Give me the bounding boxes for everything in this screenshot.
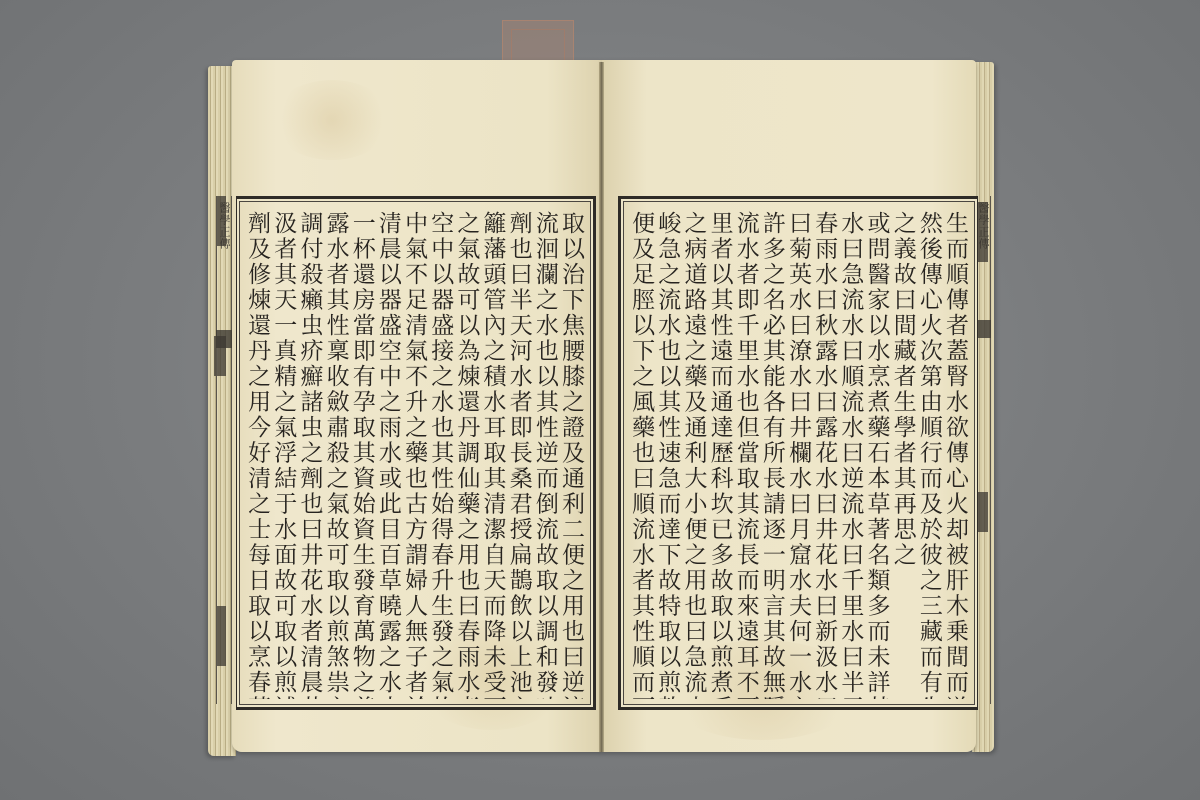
- text-column: 汲者其天一真精之氣浮結于水面故可取以煎補陰之: [271, 211, 297, 699]
- right-page-text-frame: 生而順傳者蓋腎水欲傳心火却被肝木乗間而遂傳肝木 然後傳心火次第由順行而及於彼之三…: [618, 196, 978, 710]
- text-column: 劑也曰半天河水者即長桑君授扁鵲飲以上池之水乃竹: [507, 211, 533, 699]
- text-column: 便及足脛以下之風藥也曰順流水者其性順而下流故亦: [629, 211, 655, 699]
- fish-tail-mark: [216, 330, 232, 348]
- text-column: 水曰急流水曰順流水曰逆流水曰千里水曰半天河水曰: [838, 211, 864, 699]
- book-gutter: [599, 62, 604, 752]
- text-column: 之義故曰間藏者生學者其再思之: [891, 211, 917, 699]
- text-column: 空中以器盛接之水也其性始得春升生發之氣故可以煮: [428, 211, 454, 699]
- text-column: 或問醫家以水烹煮藥石本草著名類多而未詳其用曰長流: [864, 211, 890, 699]
- text-column: 籬藩頭管內之積水耳取其清潔自天而降未受下流汚濁: [480, 211, 506, 699]
- text-column: 中氣不足清氣不升之藥也古方謂婦人無子者於立春日: [402, 211, 428, 699]
- text-column: 然後傳心火次第由順行而及於彼之三藏而有生生不息: [917, 211, 943, 699]
- left-page-text-frame: 取以治下焦腰膝之證及通利二便之用也曰逆流水者慢 流洄瀾之水也以其性逆而倒流故取以…: [236, 196, 596, 710]
- margin-title: 醫學正傳: [218, 202, 231, 250]
- margin-title: 醫學正傳: [977, 202, 990, 250]
- text-column: 清晨以器盛空中之雨水或此目百草曉露之水夫妻各飲: [376, 211, 402, 699]
- text-column: 之病道路遠之藥及通利大小便之用也曰急流水者湍上: [681, 211, 707, 699]
- text-column: 春雨水曰秋露水曰露花水曰井花水曰新汲水曰無根水: [812, 211, 838, 699]
- text-column: 露水者其性稟收斂肅殺之氣故可取以煎煞祟之藥及: [323, 211, 349, 699]
- text-column: 曰菊英水曰潦水曰井欄水曰月窟水夫何一水之用而有: [786, 211, 812, 699]
- text-column: 流洄瀾之水也以其性逆而倒流故取以調和發吐痰飲之: [533, 211, 559, 699]
- left-margin-column: 醫學正傳: [216, 196, 232, 704]
- text-column: 生而順傳者蓋腎水欲傳心火却被肝木乗間而遂傳肝木: [943, 211, 969, 699]
- text-column: 一杯還房當即有孕取其資始資生發育萬物之義耳曰秋: [350, 211, 376, 699]
- text-column: 許多之名必其能各有所長請逐一明言其故無隱曰謂長: [760, 211, 786, 699]
- text-column: 調付殺癩虫疥癬諸虫之劑也曰井花水者清晨井中第一: [297, 211, 323, 699]
- text-column: 流水者即千里水也但當取其流長而來遠耳不可泥於千: [734, 211, 760, 699]
- text-column: 峻急之流水也以其性速急而達下故特取以煎熬通利二: [655, 211, 681, 699]
- text-column: 取以治下焦腰膝之證及通利二便之用也曰逆流水者慢: [559, 211, 585, 699]
- text-column: 之氣故可以為煉還丹調仙藥之用也曰春雨水者立春日: [454, 211, 480, 699]
- text-column: 劑及修煉還丹之用今好清之士每日取以烹春茗而謂清: [245, 211, 271, 699]
- text-column: 里者以其性遠而通達歷科坎已多故取以煎煮手足四末: [707, 211, 733, 699]
